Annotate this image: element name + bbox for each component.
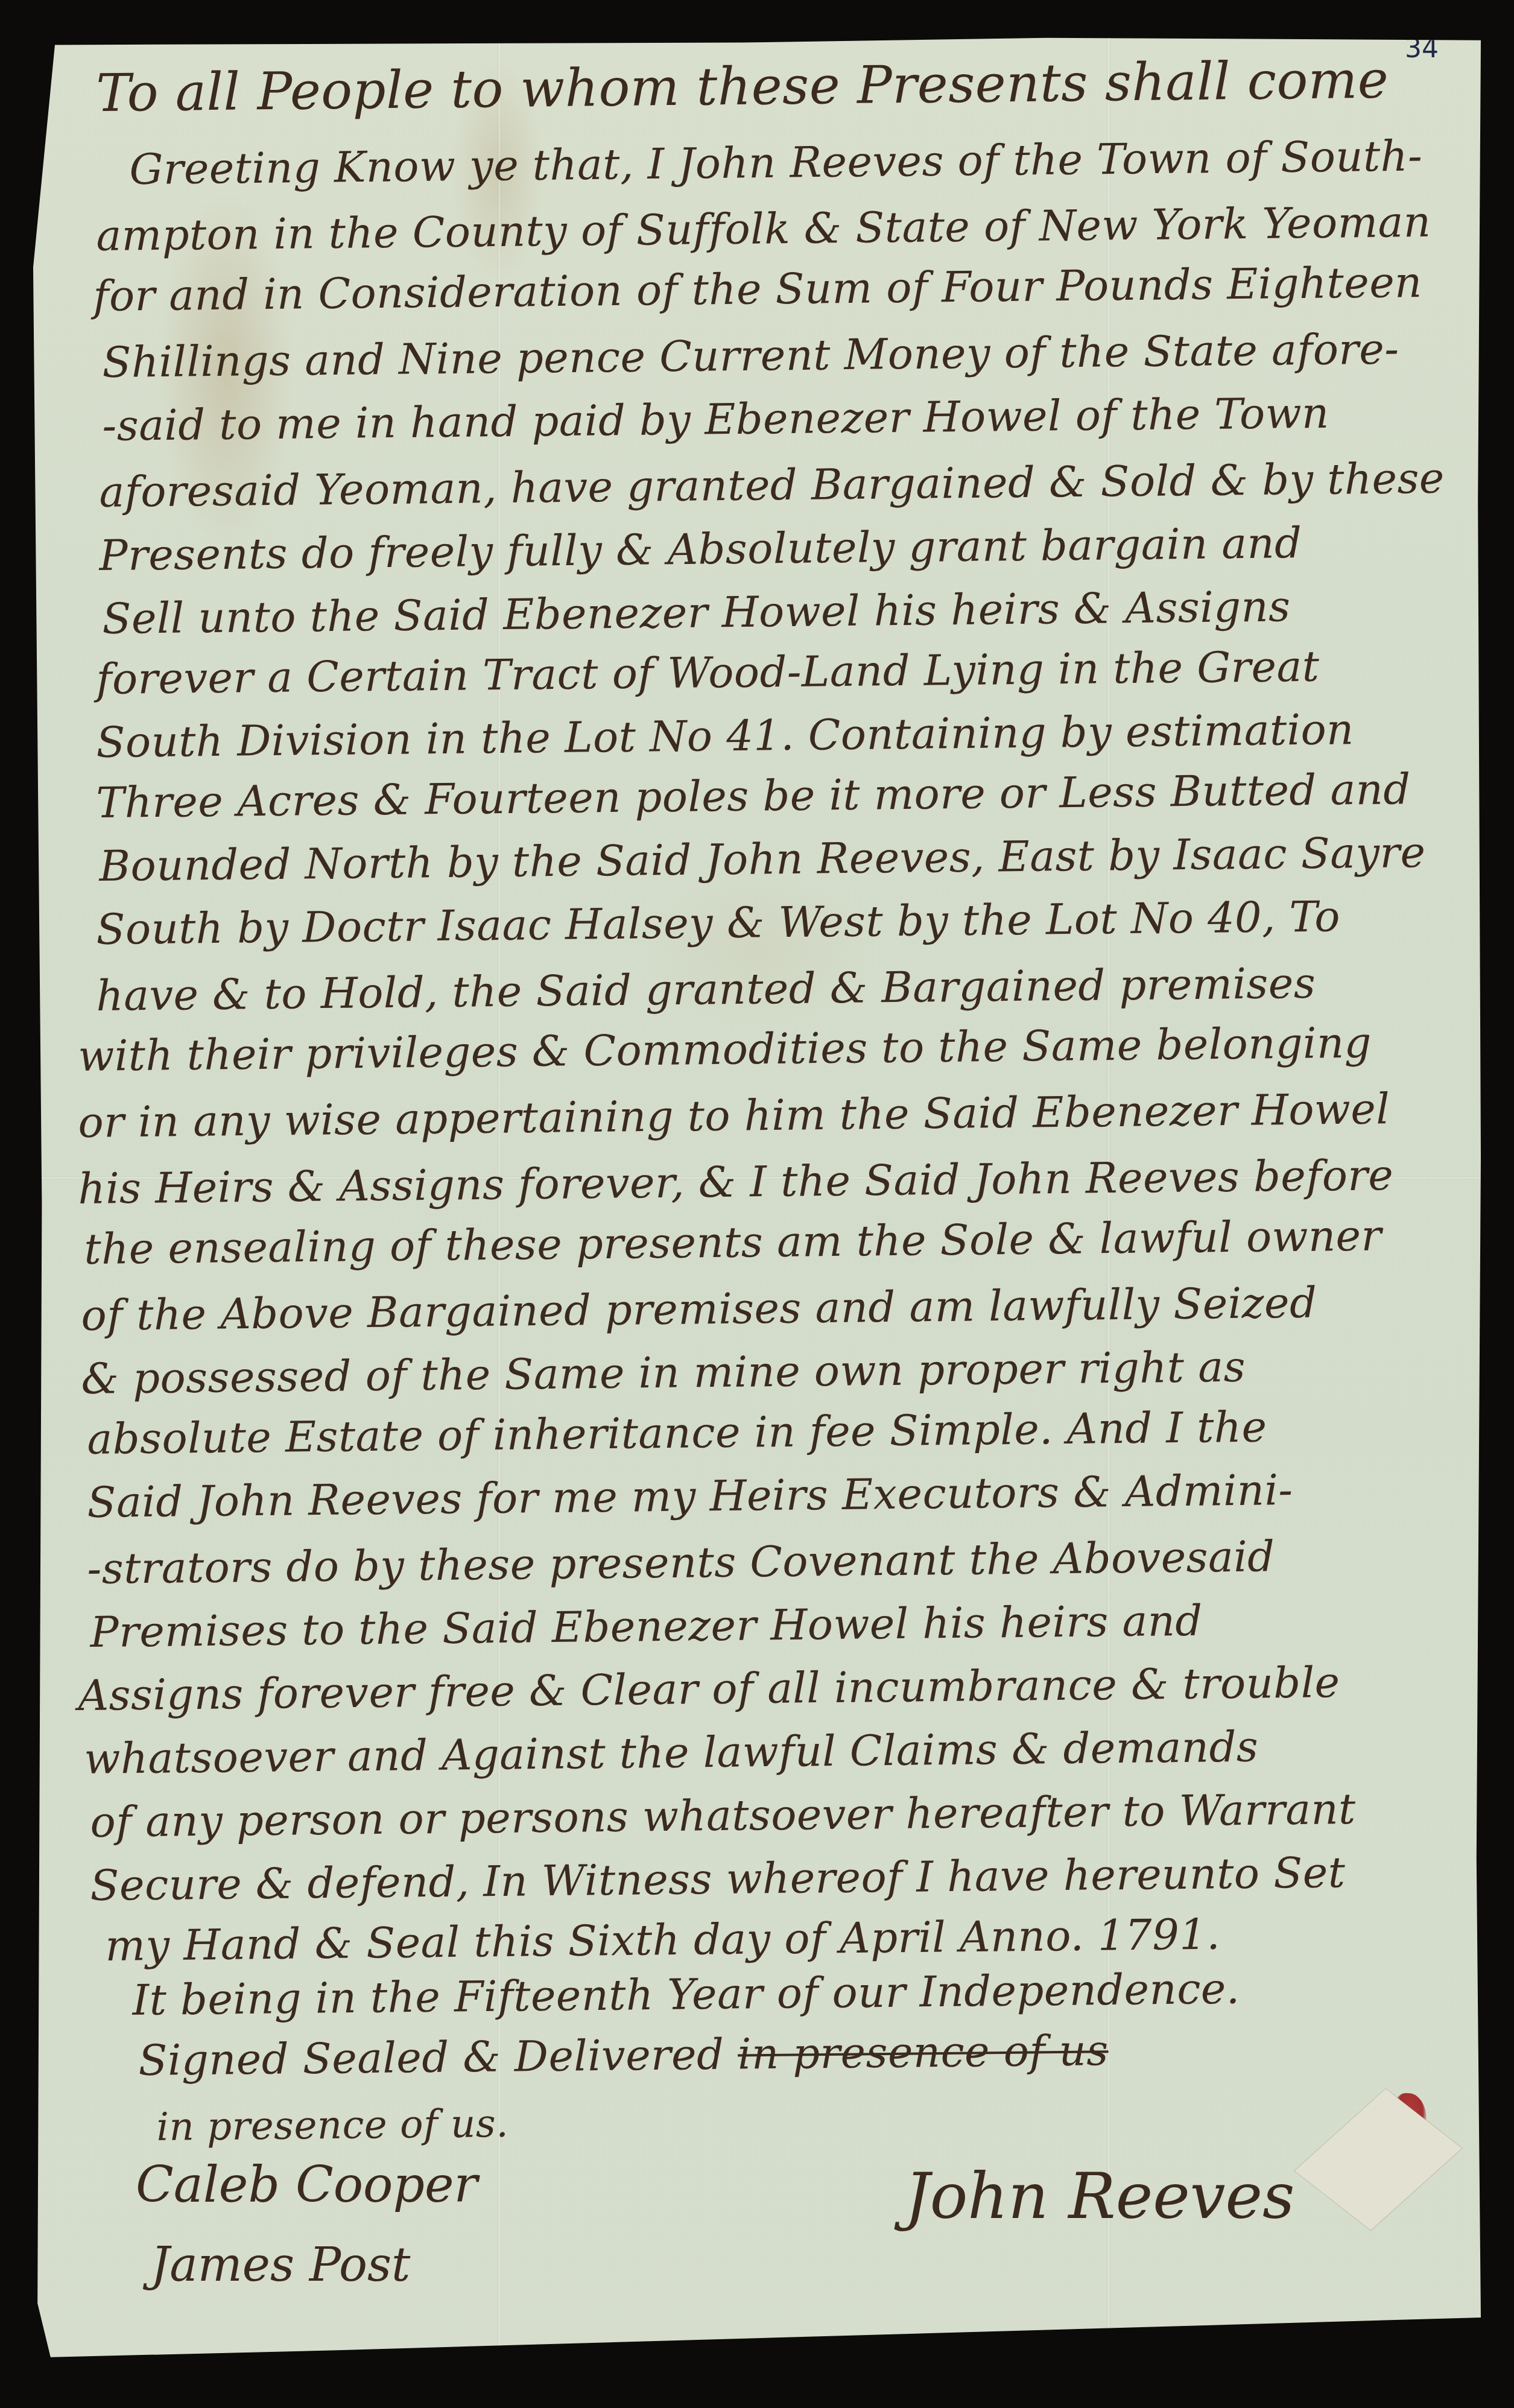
presence-of-us: in presence of us.	[156, 2102, 508, 2150]
struck-through-text: in presence of us	[738, 2026, 1109, 2079]
signed-sealed-delivered: Signed Sealed & Delivered in presence of…	[138, 2026, 1109, 2085]
red-wax-mark	[1510, 308, 1514, 356]
page-number: 34	[1405, 33, 1439, 64]
witness-signature-2: James Post	[151, 2238, 410, 2292]
grantor-signature: John Reeves	[905, 2159, 1294, 2233]
fold-crease-right	[1107, 33, 1110, 2374]
witness-signature-1: Caleb Cooper	[136, 2156, 478, 2214]
signed-text: Signed Sealed & Delivered	[138, 2030, 724, 2085]
